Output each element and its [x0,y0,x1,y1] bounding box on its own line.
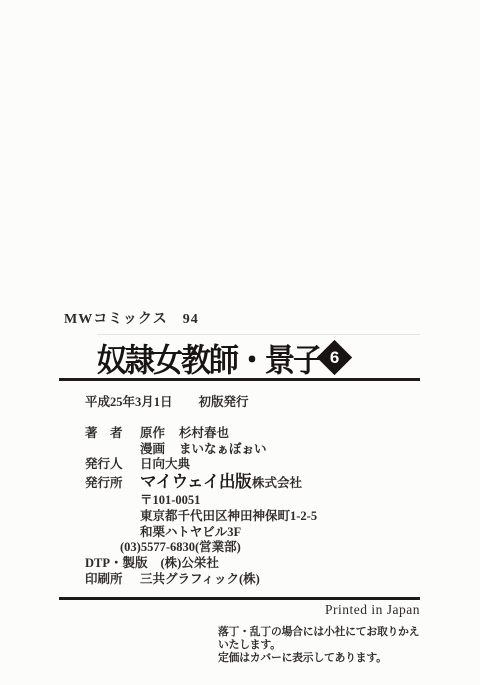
dtp-company: (株)公栄社 [161,556,219,572]
credit-row-building: 和栗ハトヤビル3F [85,525,425,541]
credit-row-address: 東京都千代田区神田神保町1-2-5 [85,509,425,525]
notice-line: 定価はカバーに表示してあります。 [218,652,428,665]
printer-label: 印刷所 [85,572,127,588]
printer-company: 三共グラフィック(株) [140,572,260,588]
notice-block: 落丁・乱丁の場合には小社にてお取りかえいたします。 定価はカバーに表示してありま… [218,626,428,665]
book-title: 奴隷女教師・景子 [97,334,321,381]
publisher-brand: マイウェイ出版 [140,473,251,491]
credit-row-phone: (03)5577-6830(営業部) [85,540,425,556]
building-line: 和栗ハトヤビル3F [140,525,241,541]
issuer-name: 日向大典 [140,457,190,473]
credit-row-artist: 漫画まいなぁぼぉい [85,442,425,458]
publisher-suffix: 株式会社 [252,476,302,490]
spacer [85,442,127,458]
credit-row-issuer: 発行人 日向大典 [85,457,425,473]
credit-row-author: 著 者 原作杉村春也 [85,426,425,442]
credit-row-printer: 印刷所 三共グラフィック(株) [85,572,425,588]
title-bottom-rule [59,378,420,381]
colophon-page: MWコミックス 94 奴隷女教師・景子 6 平成25年3月1日初版発行 著 者 … [0,0,480,685]
spacer [85,525,127,541]
phone-number: (03)5577-6830(営業部) [120,540,241,556]
title-row: 奴隷女教師・景子 [97,336,420,378]
author-role: 原作 [140,426,165,440]
volume-number: 6 [330,349,339,366]
postal-code: 〒101-0051 [140,493,200,509]
author-manga: 漫画まいなぁぼぉい [140,442,267,458]
spacer [85,509,127,525]
credit-row-dtp: DTP・製版 (株)公栄社 [85,556,425,572]
address-line: 東京都千代田区神田神保町1-2-5 [140,509,317,525]
artist-name: まいなぁぼぉい [179,442,267,456]
series-label: MWコミックス 94 [64,308,199,328]
artist-role: 漫画 [140,442,165,456]
notice-line: 落丁・乱丁の場合には小社にてお取りかえいたします。 [218,626,428,652]
dtp-label: DTP・製版 [85,556,148,572]
author-name: 杉村春也 [179,426,229,440]
author-original: 原作杉村春也 [140,426,229,442]
edition-line: 平成25年3月1日初版発行 [85,392,249,410]
publisher-label: 発行所 [85,474,127,493]
edition-date: 平成25年3月1日 [85,395,173,409]
issuer-label: 発行人 [85,457,127,473]
credit-row-publisher: 発行所 マイウェイ出版株式会社 [85,473,425,493]
credit-row-postal: 〒101-0051 [85,493,425,509]
printed-in-japan: Printed in Japan [59,602,420,618]
publisher-name: マイウェイ出版株式会社 [140,473,302,493]
edition-label: 初版発行 [199,395,249,409]
footer-rule [59,597,420,600]
credits-block: 著 者 原作杉村春也 漫画まいなぁぼぉい 発行人 日向大典 発行所 マイウェイ出… [85,426,425,587]
author-label: 著 者 [85,426,127,442]
spacer [85,493,127,509]
